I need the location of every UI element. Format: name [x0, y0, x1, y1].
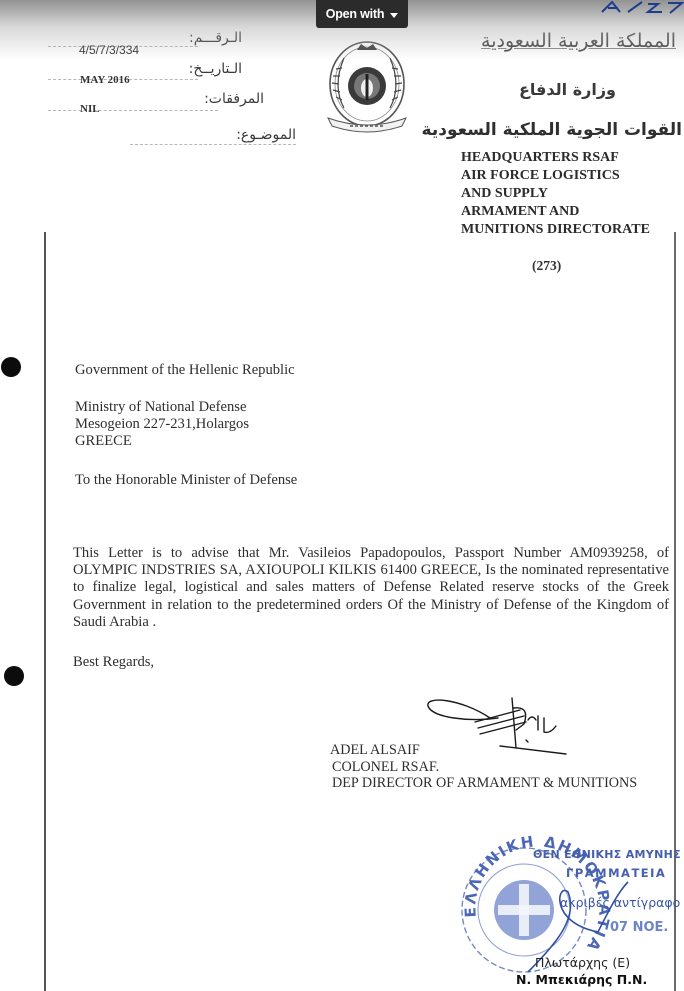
- letter-body: This Letter is to advise that Mr. Vasile…: [73, 545, 669, 631]
- signatory-block: ADEL ALSAIF COLONEL RSAF. DEP DIRECTOR O…: [330, 742, 637, 792]
- attachments-dotted-line: [48, 110, 218, 111]
- number-label: الـرقـــم:: [189, 30, 242, 46]
- stamp-officer-name: Ν. Μπεκιάρης Π.Ν.: [516, 972, 647, 987]
- closing: Best Regards,: [73, 654, 154, 671]
- open-with-button[interactable]: Open with: [316, 0, 408, 28]
- rsaf-emblem-icon: [314, 34, 420, 140]
- stamp-line-ministry: ΘΕΝ ΕΘΝΙΚΗΣ ΑΜΥΝΗΣ: [533, 848, 681, 861]
- recipient-address: Ministry of National Defense Mesogeion 2…: [75, 399, 249, 450]
- address-line: GREECE: [75, 433, 249, 450]
- salutation: To the Honorable Minister of Defense: [75, 472, 297, 489]
- stamp-line-certified-copy: ακριβές αντίγραφο: [560, 895, 680, 910]
- letterhead-line: AIR FORCE LOGISTICS: [461, 167, 650, 185]
- ministry-arabic-title: وزارة الدفاع: [519, 80, 616, 99]
- address-line: Ministry of National Defense: [75, 399, 249, 416]
- open-with-label: Open with: [326, 7, 385, 21]
- date-label: الـتاريــخ:: [189, 61, 242, 77]
- kingdom-arabic-title: المملكة العربية السعودية: [481, 30, 676, 52]
- date-value: MAY 2016: [80, 74, 130, 86]
- punch-hole-bottom: [4, 666, 24, 686]
- recipient-government: Government of the Hellenic Republic: [75, 362, 295, 379]
- handwritten-scribble-icon: [598, 0, 684, 14]
- letterhead-line: AND SUPPLY: [461, 185, 650, 203]
- letterhead-line: HEADQUARTERS RSAF: [461, 149, 650, 167]
- left-margin-line: [44, 232, 46, 991]
- address-line: Mesogeion 227-231,Holargos: [75, 416, 249, 433]
- stamp-date: 07 ΝΟΕ.: [610, 920, 668, 935]
- english-letterhead: HEADQUARTERS RSAF AIR FORCE LOGISTICS AN…: [461, 149, 650, 239]
- letterhead-line: MUNITIONS DIRECTORATE: [461, 221, 650, 239]
- subject-label: الموضـوع:: [236, 127, 296, 143]
- number-value: 4/5/7/3/334: [79, 43, 139, 57]
- reference-number: (273): [532, 258, 561, 274]
- attachments-value: NIL: [80, 103, 100, 115]
- signatory-title: DEP DIRECTOR OF ARMAMENT & MUNITIONS: [330, 775, 637, 792]
- stamp-officer-rank: Πλωτάρχης (Ε): [535, 955, 630, 970]
- caret-down-icon: [390, 13, 398, 18]
- signatory-rank: COLONEL RSAF.: [330, 759, 637, 776]
- signatory-name: ADEL ALSAIF: [330, 742, 637, 759]
- subject-dotted-line: [130, 144, 296, 145]
- letterhead-line: ARMAMENT AND: [461, 203, 650, 221]
- attachments-label: المرفقات:: [204, 91, 264, 107]
- stamp-line-secretariat: ΓΡΑΜΜΑΤΕΙΑ: [566, 866, 666, 880]
- punch-hole-top: [1, 357, 21, 377]
- air-force-arabic-title: القوات الجوية الملكية السعودية: [422, 120, 682, 140]
